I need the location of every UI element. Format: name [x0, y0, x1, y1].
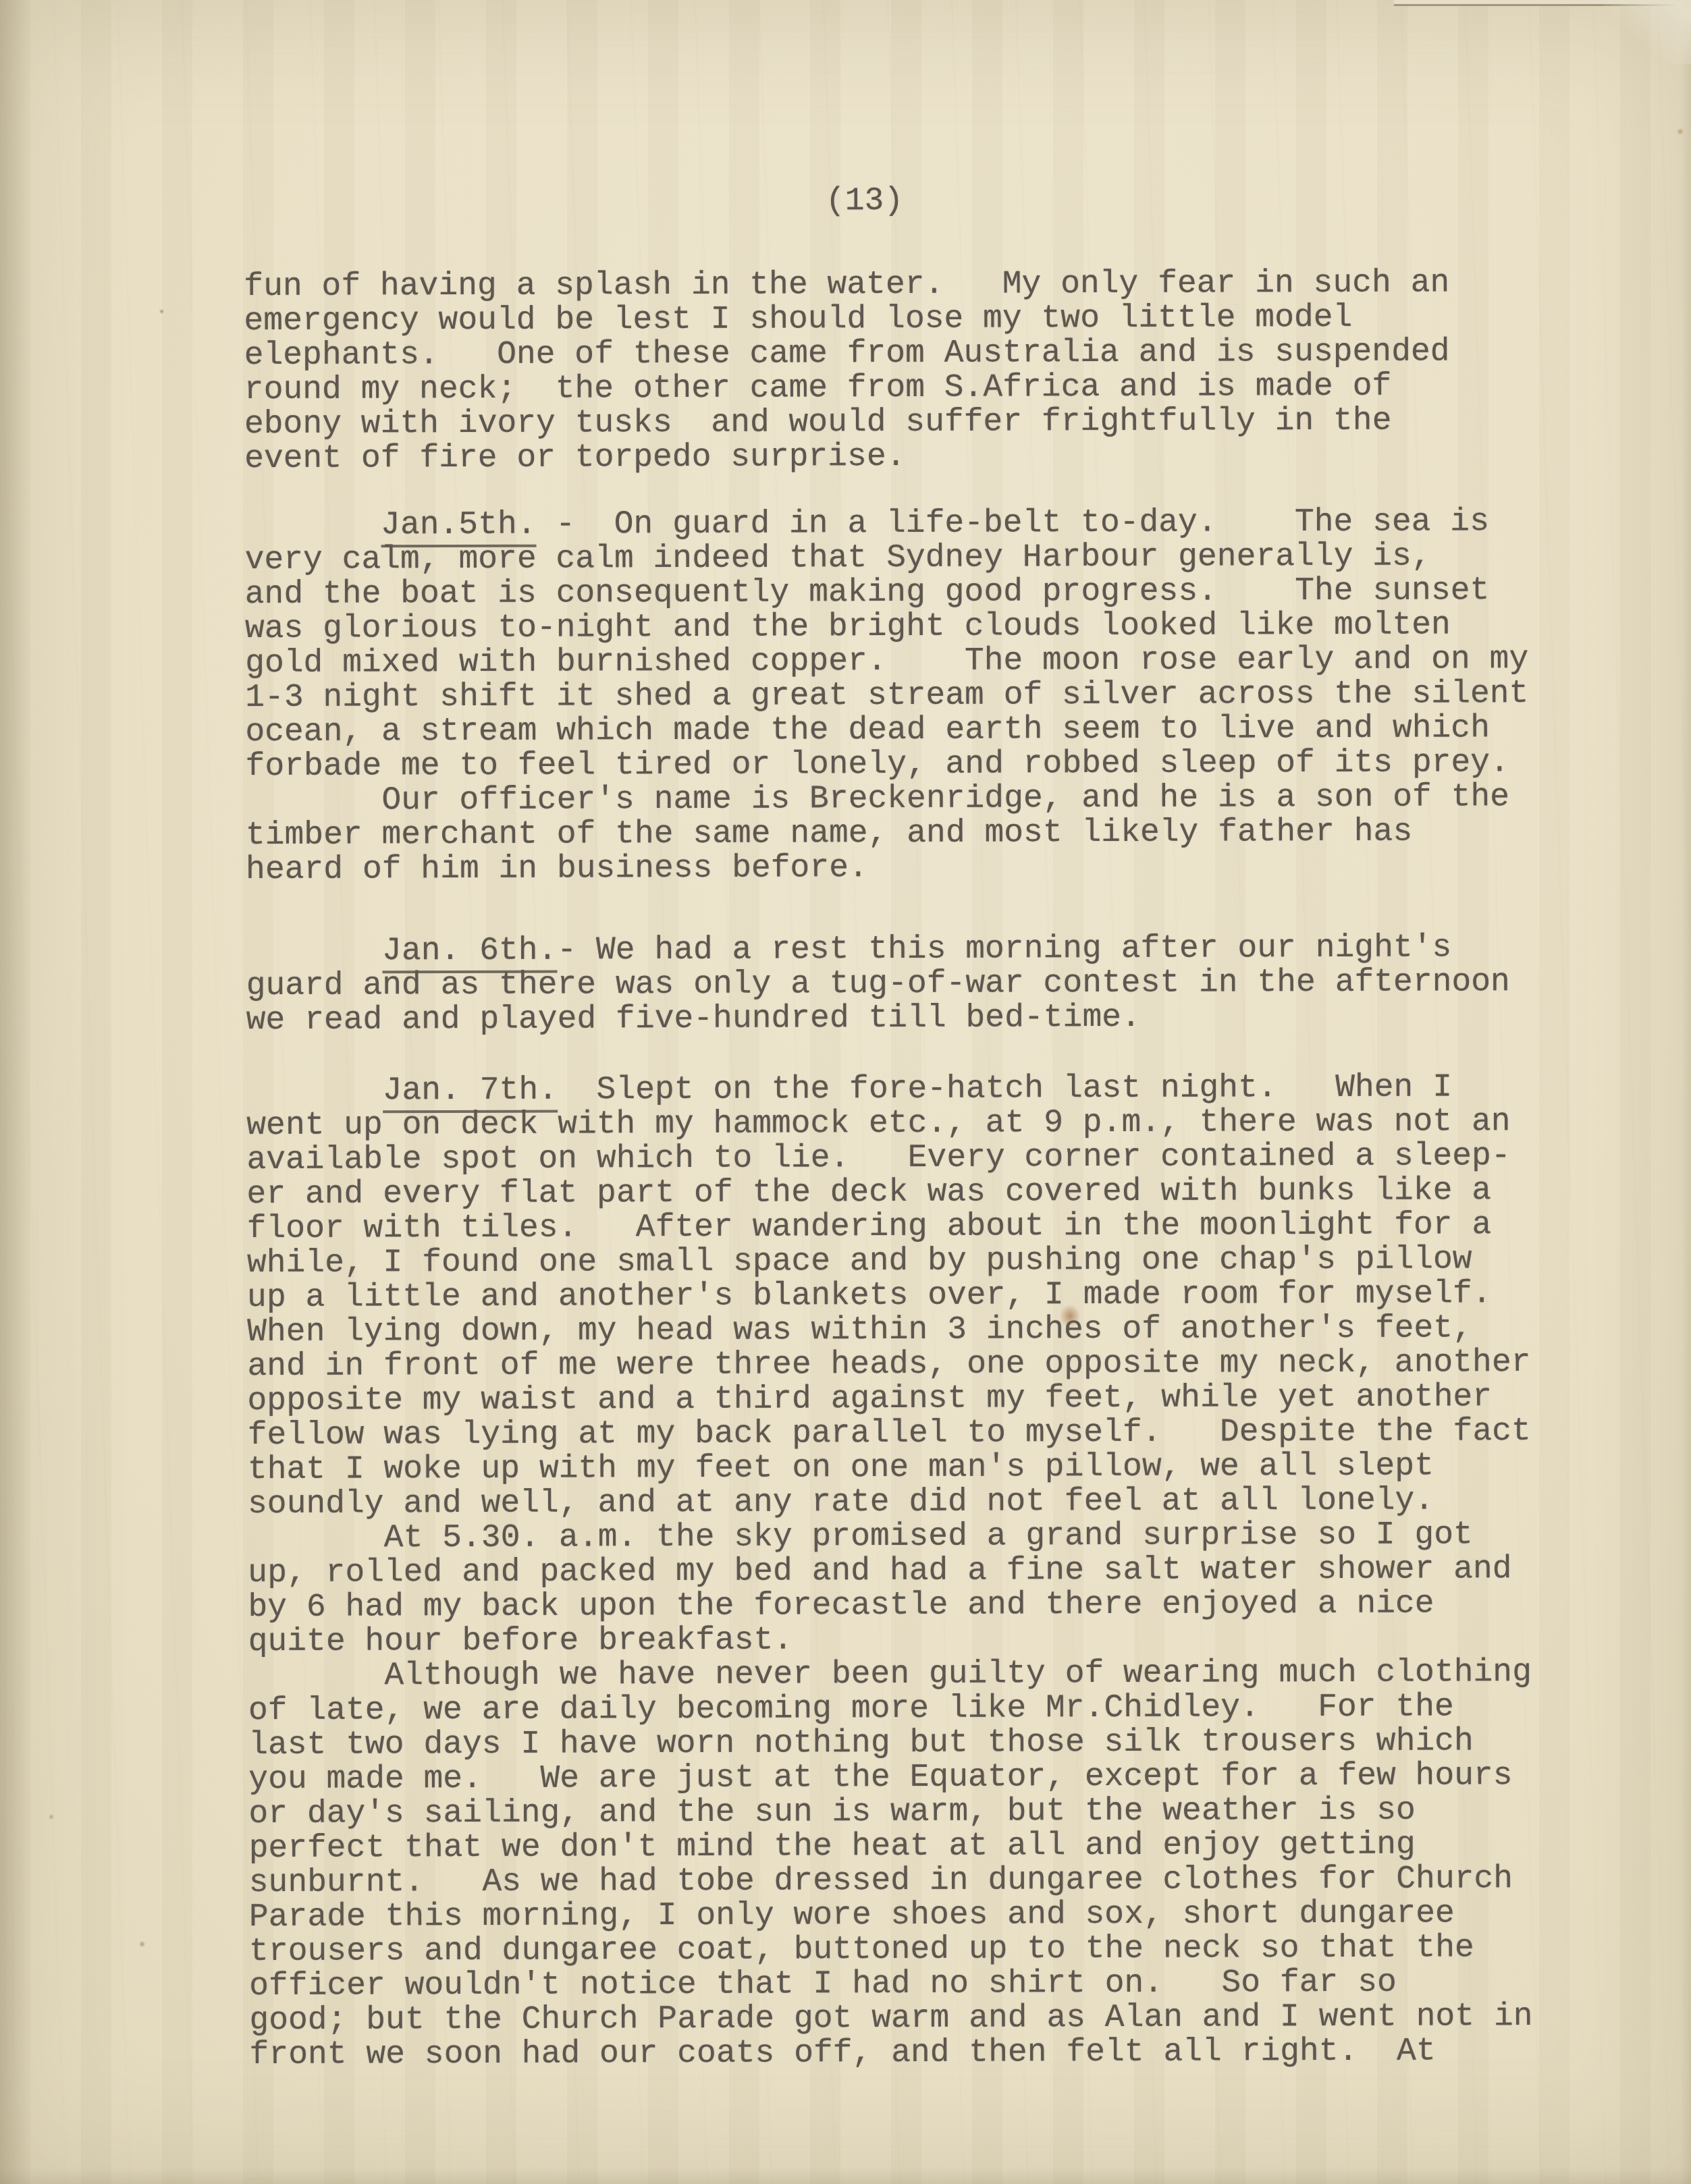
- typed-line: guard and as there was only a tug-of-war…: [246, 965, 1510, 1004]
- scanned-document: { "page": { "number": "(13)" }, "colors"…: [0, 0, 1691, 2184]
- paragraph-block: Jan. 6th.- We had a rest this morning af…: [246, 931, 1510, 1038]
- typed-line: sunburnt. As we had tobe dressed in dung…: [249, 1862, 1532, 1901]
- typed-line: Jan. 6th.- We had a rest this morning af…: [246, 931, 1509, 969]
- typed-line: er and every flat part of the deck was c…: [246, 1174, 1530, 1212]
- typed-line: Although we have never been guilty of we…: [248, 1656, 1532, 1694]
- typed-line: last two days I have worn nothing but th…: [248, 1724, 1532, 1763]
- typed-line: timber merchant of the same name, and mo…: [246, 815, 1529, 853]
- typed-line: perfect that we don't mind the heat at a…: [249, 1828, 1532, 1866]
- typed-line: you made me. We are just at the Equator,…: [248, 1759, 1532, 1797]
- typed-line: by 6 had my back upon the forecastle and…: [248, 1587, 1531, 1625]
- typed-line: When lying down, my head was within 3 in…: [247, 1311, 1530, 1350]
- typed-line: soundly and well, and at any rate did no…: [248, 1483, 1531, 1522]
- paragraph-block: fun of having a splash in the water. My …: [244, 266, 1450, 476]
- typed-line: Jan.5th. - On guard in a life-belt to-da…: [244, 505, 1528, 543]
- typed-line: round my neck; the other came from S.Afr…: [244, 369, 1450, 408]
- paper-right-edge-shadow: [1680, 0, 1691, 2184]
- typed-line: Parade this morning, I only wore shoes a…: [249, 1896, 1532, 1935]
- typed-line: and the boat is consequently making good…: [245, 574, 1528, 612]
- paragraph-block: Jan.5th. - On guard in a life-belt to-da…: [244, 505, 1529, 888]
- typed-line: trousers and dungaree coat, buttoned up …: [249, 1931, 1532, 1969]
- typed-line: of late, we are daily becoming more like…: [248, 1690, 1532, 1728]
- paper-speck: [49, 1814, 54, 1820]
- typed-line: 1-3 night shift it shed a great stream o…: [245, 677, 1528, 715]
- typed-line: available spot on which to lie. Every co…: [246, 1139, 1530, 1178]
- typed-line: At 5.30. a.m. the sky promised a grand s…: [248, 1518, 1531, 1556]
- typed-line: ocean, a stream which made the dead eart…: [245, 711, 1528, 750]
- typed-line: up, rolled and packed my bed and had a f…: [248, 1552, 1531, 1591]
- paper-left-edge-shadow: [0, 0, 28, 2184]
- typed-line: fun of having a splash in the water. My …: [244, 266, 1449, 304]
- typed-line: we read and played five-hundred till bed…: [246, 1000, 1510, 1038]
- typed-line: Jan. 7th. Slept on the fore-hatch last n…: [246, 1070, 1530, 1109]
- typed-line: forbade me to feel tired or lonely, and …: [245, 746, 1528, 784]
- typed-line: floor with tiles. After wandering about …: [247, 1208, 1530, 1247]
- typed-line: Our officer's name is Breckenridge, and …: [246, 780, 1529, 819]
- page-corner: [1603, 0, 1691, 64]
- typed-line: gold mixed with burnished copper. The mo…: [245, 643, 1528, 681]
- typed-line: elephants. One of these came from Austra…: [244, 335, 1450, 373]
- typed-line: ebony with ivory tusks and would suffer …: [244, 404, 1450, 442]
- typed-line: up a little and another's blankets over,…: [247, 1277, 1530, 1315]
- typed-line: heard of him in business before.: [246, 849, 1529, 888]
- typed-line: fellow was lying at my back parallel to …: [248, 1415, 1531, 1453]
- typed-line: was glorious to-night and the bright clo…: [245, 608, 1528, 647]
- typed-line: emergency would be lest I should lose my…: [244, 300, 1449, 339]
- typed-line: and in front of me were three heads, one…: [247, 1346, 1530, 1384]
- typed-line: good; but the Church Parade got warm and…: [249, 2000, 1532, 2038]
- typed-line: went up on deck with my hammock etc., at…: [246, 1105, 1530, 1143]
- typed-line: that I woke up with my feet on one man's…: [248, 1449, 1531, 1487]
- typed-text: (13) fun of having a splash in the water…: [243, 0, 1600, 2184]
- typed-line: front we soon had our coats off, and the…: [249, 2034, 1532, 2073]
- typed-line: or day's sailing, and the sun is warm, b…: [248, 1793, 1532, 1832]
- paper-speck: [159, 309, 164, 314]
- typed-line: event of fire or torpedo surprise.: [244, 438, 1450, 476]
- typed-line: opposite my waist and a third against my…: [247, 1380, 1530, 1419]
- typed-line: officer wouldn't notice that I had no sh…: [249, 1965, 1532, 2004]
- paper-speck: [139, 1941, 145, 1947]
- typed-line: quite hour before breakfast.: [248, 1621, 1532, 1660]
- typed-line: very calm, more calm indeed that Sydney …: [245, 539, 1528, 578]
- page-number: (13): [826, 184, 903, 219]
- typed-line: while, I found one small space and by pu…: [247, 1243, 1530, 1281]
- paragraph-block: Jan. 7th. Slept on the fore-hatch last n…: [246, 1070, 1533, 2073]
